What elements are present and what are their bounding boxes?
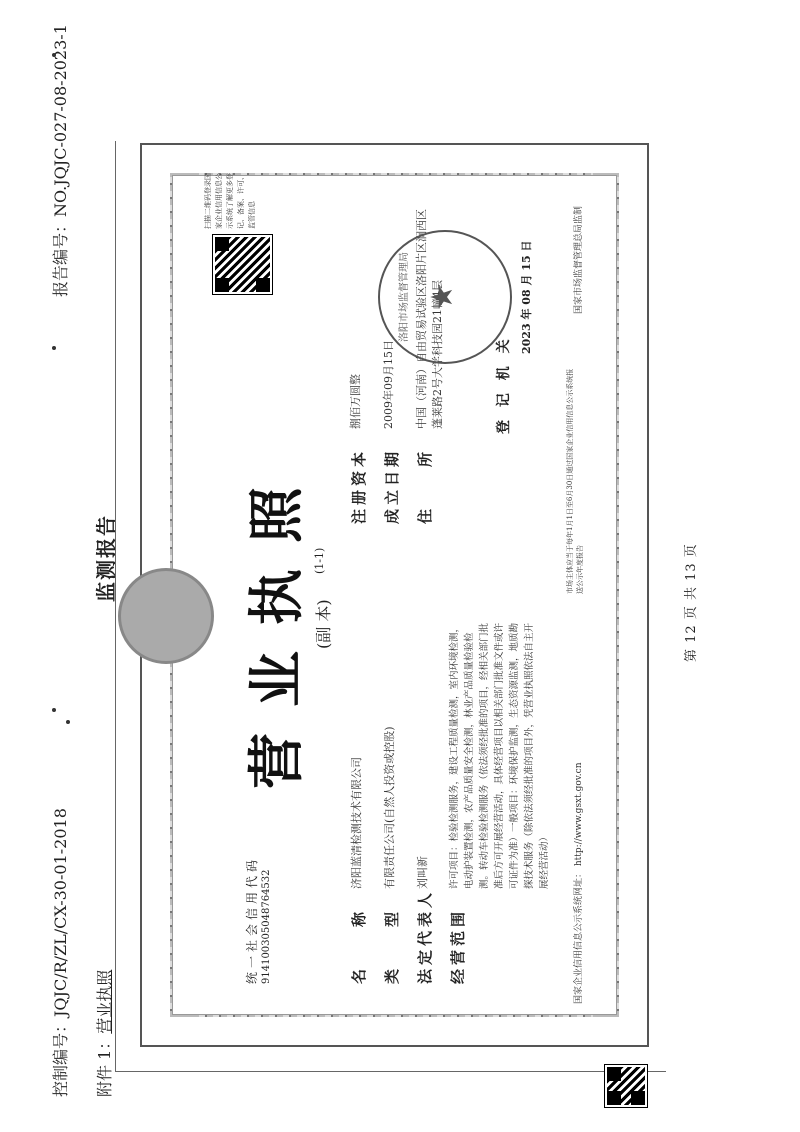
issuer-note: 国家市场监督管理总局监制: [571, 206, 584, 314]
field-value: 许可项目：检验检测服务，建设工程质量检测，室内环境检测，电动护装置检测，农产品质…: [447, 619, 552, 889]
attachment-prefix: 附件 1：: [95, 1034, 114, 1097]
footer-site-label-text: 国家企业信用信息公示系统网址：: [574, 869, 584, 1004]
field-label: 注册资本: [348, 429, 369, 524]
license-title: 营业执照: [233, 461, 313, 789]
annual-report-notice: 市场主体应当于每年1月1日至6月30日通过国家企业信用信息公示系统报送公示年度报…: [565, 364, 585, 594]
scan-dot: [52, 708, 56, 712]
month: 08: [520, 289, 533, 304]
seal-text: 洛阳市场监督管理局: [395, 232, 410, 362]
attachment-label: 附件 1：营业执照: [92, 970, 115, 1097]
scan-dot: [66, 720, 70, 724]
copy-number: (1-1): [313, 548, 326, 574]
field-value: 捌佰万圆整: [348, 209, 364, 429]
field-label: 成立日期: [381, 429, 402, 524]
field-value: 有限责任公司(自然人投资或控股): [381, 726, 397, 889]
control-number: 控制编号：JQJC/R/ZL/CX-30-01-2018: [48, 808, 71, 1097]
report-number: 报告编号：NO.JQJC-027-08-2023-1: [48, 24, 71, 297]
attachment-name: 营业执照: [95, 970, 114, 1034]
license-field-row: 类 型有限责任公司(自然人投资或控股): [381, 554, 402, 984]
year: 2023: [520, 323, 533, 354]
credit-code-label: 统一社会信用代码: [243, 856, 260, 984]
field-label: 法定代表人: [414, 889, 435, 984]
field-label: 住 所: [414, 429, 435, 524]
field-label: 经营范围: [447, 889, 468, 984]
page-footer: 第 12 页 共 13 页: [680, 543, 699, 662]
qr-note: 扫描二维码登录国家企业信用信息公示系统了解更多登记、备案、许可、监管信息: [203, 169, 258, 229]
bottom-qr-code[interactable]: [605, 1065, 647, 1107]
license-field-row: 经营范围许可项目：检验检测服务，建设工程质量检测，室内环境检测，电动护装置检测，…: [447, 554, 552, 984]
license-field-row: 法定代表人刘叫新: [414, 554, 435, 984]
seal-star-icon: ★: [425, 232, 460, 362]
day-unit: 日: [520, 241, 533, 252]
license-body: 营业执照 (副 本) (1-1) 统一社会信用代码 91410030504876…: [172, 175, 617, 1015]
month-unit: 月: [520, 275, 533, 286]
rotated-page: 报告编号：NO.JQJC-027-08-2023-1 控制编号：JQJC/R/Z…: [0, 0, 800, 1132]
copy-label: (副 本): [311, 599, 334, 649]
registration-authority: 登 记 机 关: [493, 335, 513, 434]
left-fields: 名 称济阳蓝清检测技术有限公司类 型有限责任公司(自然人投资或控股)法定代表人刘…: [348, 554, 564, 984]
official-seal-icon: ★ 洛阳市场监督管理局: [378, 230, 512, 364]
field-value: 刘叫新: [414, 856, 430, 889]
qr-code[interactable]: [213, 235, 272, 294]
field-label: 名 称: [348, 889, 369, 984]
field-label: 类 型: [381, 889, 402, 984]
issue-date: 2023 年 08 月 15 日: [518, 241, 534, 354]
license-field-row: 注册资本捌佰万圆整: [348, 184, 369, 524]
scan-dot: [52, 346, 56, 350]
scan-dot: [52, 53, 56, 57]
national-emblem-icon: [118, 568, 214, 664]
year-unit: 年: [520, 309, 533, 320]
footer-site-label: 国家企业信用信息公示系统网址： http://www.gsxt.gov.cn: [571, 762, 584, 1004]
field-value: 济阳蓝清检测技术有限公司: [348, 757, 364, 889]
day: 15: [520, 255, 533, 270]
business-license: 营业执照 (副 本) (1-1) 统一社会信用代码 91410030504876…: [140, 143, 649, 1047]
license-field-row: 名 称济阳蓝清检测技术有限公司: [348, 554, 369, 984]
credit-code: 914100305048764532: [261, 869, 272, 984]
gsxt-link[interactable]: http://www.gsxt.gov.cn: [574, 762, 584, 866]
